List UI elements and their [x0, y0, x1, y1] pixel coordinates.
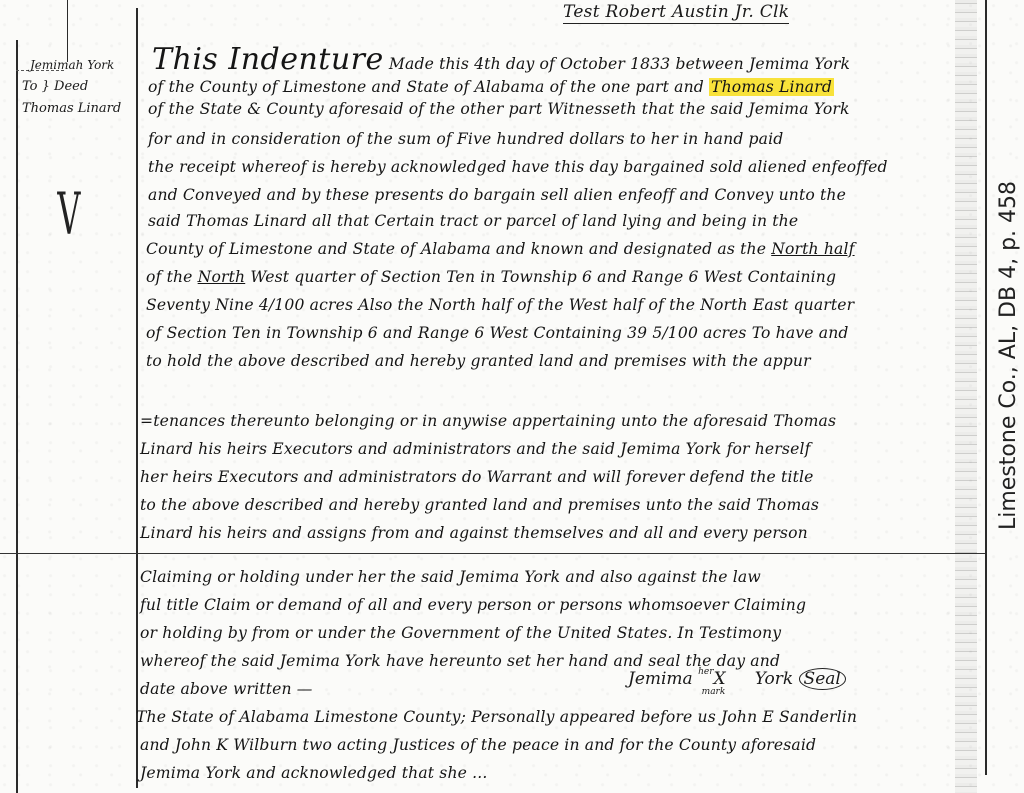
deed-line-10: Seventy Nine 4/100 acres Also the North … [146, 296, 854, 314]
check-mark: V [57, 180, 80, 248]
deed-line-7: said Thomas Linard all that Certain trac… [148, 212, 798, 230]
acknowledgment-line-2: and John K Wilburn two acting Justices o… [140, 736, 816, 754]
deed-title: This Indenture [152, 42, 384, 77]
acknowledgment-line-1: The State of Alabama Limestone County; P… [136, 708, 857, 726]
deed-line-22: date above written — [140, 680, 313, 698]
deed-line-16: to the above described and hereby grante… [140, 496, 819, 514]
deed-line-6: and Conveyed and by these presents do ba… [148, 186, 846, 204]
deed-line-17: Linard his heirs and assigns from and ag… [140, 524, 808, 542]
citation-annotation: Limestone Co., AL, DB 4, p. 458 [996, 181, 1021, 530]
acknowledgment-line-3: Jemima York and acknowledged that she ..… [140, 764, 487, 782]
deed-line-20: or holding by from or under the Governme… [140, 624, 781, 642]
rule-line-mid [0, 553, 985, 554]
deed-line-3: of the State & County aforesaid of the o… [148, 100, 850, 118]
deed-line-11: of Section Ten in Township 6 and Range 6… [146, 324, 849, 342]
deed-line-2: of the County of Limestone and State of … [148, 78, 834, 96]
deed-line-8: County of Limestone and State of Alabama… [146, 240, 855, 258]
deed-line-19: ful title Claim or demand of all and eve… [140, 596, 806, 614]
deed-page: Test Robert Austin Jr. Clk Jemimah York … [0, 0, 1024, 793]
margin-rule-index [136, 8, 138, 788]
margin-index-grantor: Jemimah York [30, 55, 114, 76]
deed-line-1: This Indenture Made this 4th day of Octo… [152, 42, 850, 77]
deed-line-9: of the North West quarter of Section Ten… [146, 268, 836, 286]
deed-line-13: =tenances thereunto belonging or in anyw… [140, 412, 836, 430]
signature-mark: X [714, 669, 726, 689]
deed-line-12: to hold the above described and hereby g… [146, 352, 811, 370]
seal: Seal [799, 668, 846, 690]
binding-edge [955, 0, 977, 793]
deed-line-14: Linard his heirs Executors and administr… [140, 440, 811, 458]
deed-line-4: for and in consideration of the sum of F… [148, 130, 783, 148]
highlighted-grantee-name: Thomas Linard [709, 78, 834, 96]
grantor-signature: Jemima herXmark York Seal [628, 669, 846, 689]
deed-line-5: the receipt whereof is hereby acknowledg… [148, 158, 888, 176]
deed-line-15: her heirs Executors and administrators d… [140, 468, 814, 486]
margin-rule-right [985, 0, 987, 775]
clerk-attestation: Test Robert Austin Jr. Clk [563, 2, 789, 22]
margin-index-deed: To } Deed [22, 76, 88, 97]
margin-rule-upper [67, 0, 68, 62]
deed-line-21: whereof the said Jemima York have hereun… [140, 652, 780, 670]
margin-rule-left [16, 40, 18, 793]
margin-index-grantee: Thomas Linard [22, 98, 121, 119]
deed-line-18: Claiming or holding under her the said J… [140, 568, 761, 586]
